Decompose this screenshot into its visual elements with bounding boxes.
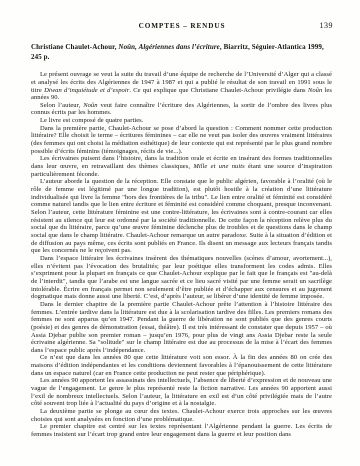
review-author: Christiane Chaulet-Achour,	[31, 43, 118, 51]
review-book-title: Noûn, Algériennes dans l’écriture	[118, 43, 219, 51]
body-paragraph: Les années 90 apportent les assassinats …	[31, 377, 332, 408]
italic-text-run: Diwan d’inquiétude et d’espoir	[44, 87, 129, 94]
text-run: Ce n’est que dans les années 80 que cett…	[31, 354, 332, 376]
text-run: L’auteur aborde la question de la récept…	[31, 178, 332, 254]
body-paragraph: Ce n’est que dans les années 80 que cett…	[31, 354, 332, 377]
body-paragraph: Dans le dernier chapitre de la première …	[31, 301, 332, 355]
page-header: COMPTES – RENDUS 139	[31, 21, 333, 31]
text-run: Les années 90 apportent les assassinats …	[31, 377, 332, 407]
body-paragraph: Dans la première partie, Chaulet-Achour …	[31, 125, 332, 156]
body-paragraph: Le présent ouvrage se veut la suite du t…	[31, 71, 332, 102]
body-paragraph: La deuxième partie se plonge au cœur des…	[31, 408, 332, 423]
text-run: Le premier chapitre est centré sur les t…	[31, 423, 332, 438]
text-run: Selon l’auteur,	[40, 102, 83, 109]
body-paragraph: Les écrivaines puisent dans l’histoire, …	[31, 155, 332, 178]
body-paragraph: L’auteur aborde la question de la récept…	[31, 178, 332, 255]
body-paragraph: Le livre est composé de quatre parties.	[31, 117, 332, 125]
review-heading: Christiane Chaulet-Achour, Noûn, Algérie…	[31, 43, 332, 62]
text-column: Christiane Chaulet-Achour, Noûn, Algérie…	[31, 43, 332, 439]
italic-text-run: Noûn	[83, 102, 97, 109]
text-run: La deuxième partie se plonge au cœur des…	[31, 408, 332, 423]
text-run: . Ce qui explique que Christiane Chaulet…	[129, 87, 308, 94]
text-run: Dans le dernier chapitre de la première …	[31, 301, 332, 354]
italic-text-run: Mille et une nuits	[193, 163, 244, 170]
text-run: Dans l’espace littéraire les écrivaines …	[31, 255, 332, 300]
page-number: 139	[320, 21, 334, 31]
text-run: Le livre est composé de quatre parties.	[40, 117, 143, 124]
text-run: Dans la première partie, Chaulet-Achour …	[31, 125, 332, 155]
italic-text-run: Noûn	[308, 87, 322, 94]
scanned-book-page: COMPTES – RENDUS 139 Christiane Chaulet-…	[0, 0, 360, 466]
running-title: COMPTES – RENDUS	[31, 21, 333, 31]
body-paragraph: Selon l’auteur, Noûn veut faire connaîtr…	[31, 102, 332, 117]
body-paragraph: Le premier chapitre est centré sur les t…	[31, 423, 332, 438]
body-text: Le présent ouvrage se veut la suite du t…	[31, 71, 332, 439]
body-paragraph: Dans l’espace littéraire les écrivaines …	[31, 255, 332, 301]
